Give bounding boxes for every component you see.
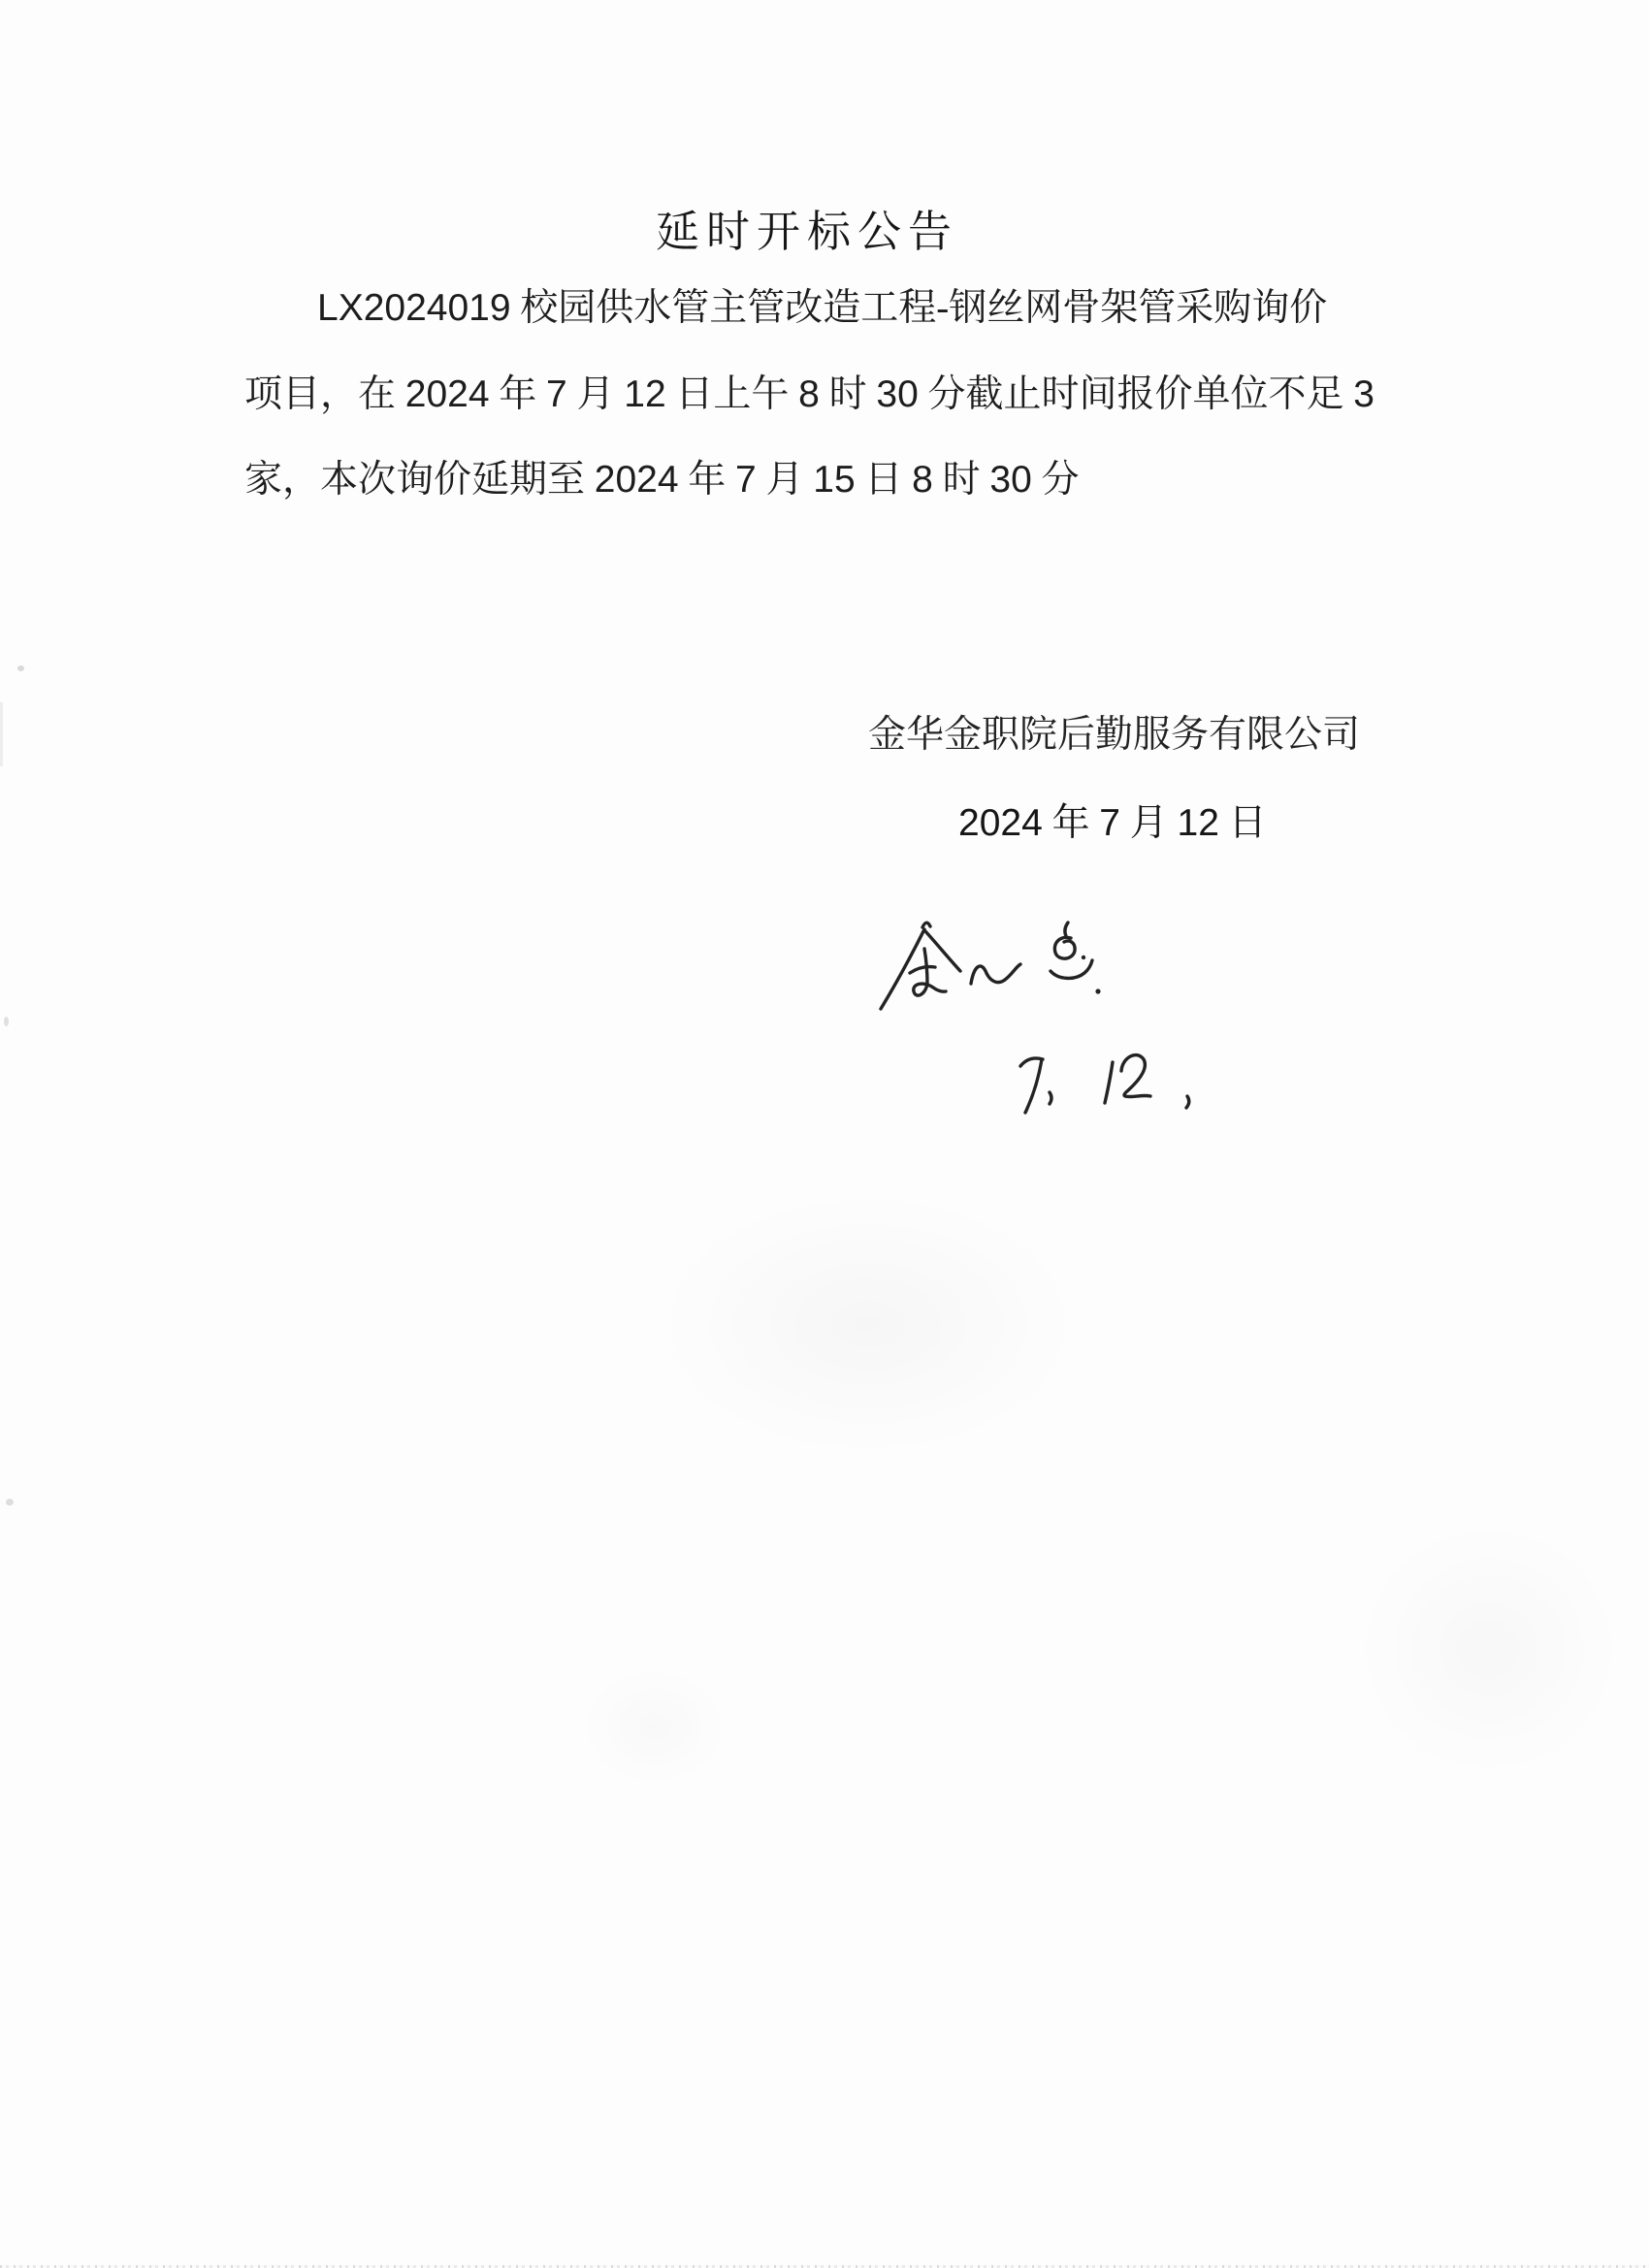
closing-date: 2024 年 7 月 12 日 xyxy=(958,793,1267,847)
scan-smudge xyxy=(582,1669,727,1785)
company-name: 金华金职院后勤服务有限公司 xyxy=(868,704,1360,759)
scan-speck xyxy=(17,665,24,671)
handwritten-name-strokes xyxy=(881,923,1101,1009)
scan-speck xyxy=(6,1499,14,1506)
scan-smudge xyxy=(1358,1523,1620,1775)
handwritten-signature xyxy=(854,902,1222,1135)
document-title: 延时开标公告 xyxy=(656,196,958,259)
scanned-document-page: 延时开标公告 LX2024019 校园供水管主管改造工程-钢丝网骨架管采购询价 … xyxy=(0,0,1649,2268)
scan-edge-smear xyxy=(0,702,3,766)
body-line-2: 项目，在 2024 年 7 月 12 日上午 8 时 30 分截止时间报价单位不… xyxy=(244,373,1374,417)
body-line-1: LX2024019 校园供水管主管改造工程-钢丝网骨架管采购询价 xyxy=(317,286,1327,331)
handwritten-date-strokes xyxy=(1020,1055,1189,1113)
scan-speck xyxy=(4,1017,9,1026)
scan-smudge xyxy=(660,1193,1077,1455)
body-line-3: 家，本次询价延期至 2024 年 7 月 15 日 8 时 30 分 xyxy=(244,458,1080,502)
